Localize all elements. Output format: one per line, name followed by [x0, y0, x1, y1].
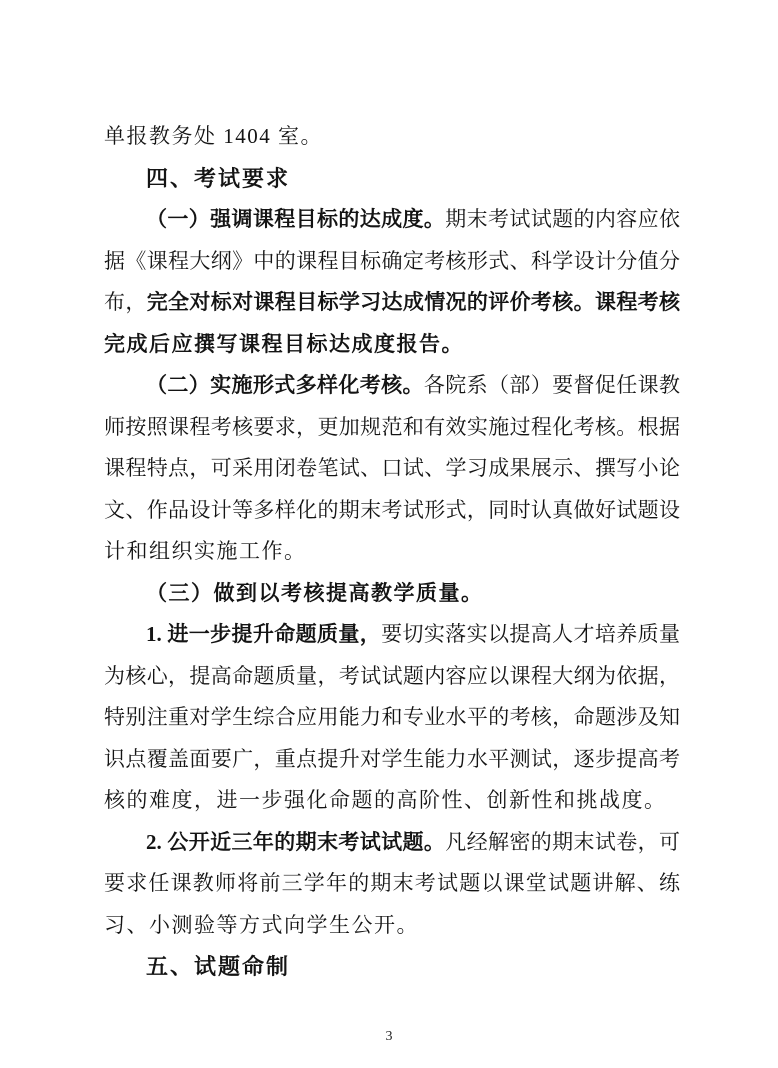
- page-number: 3: [0, 1027, 778, 1047]
- text-line-16: 识点覆盖面要广，重点提升对学生能力水平测试，逐步提高考: [104, 739, 680, 781]
- emphasis-text: 完全对标对课程目标学习达成情况的评价考核。课程考核: [147, 290, 680, 314]
- body-text: 各院系（部）要督促任课教: [424, 373, 680, 397]
- body-text: 凡经解密的期末试卷，可: [445, 830, 680, 854]
- text-line-3: （一）强调课程目标的达成度。期末考试试题的内容应依: [104, 199, 680, 241]
- text-line-12: （三）做到以考核提高教学质量。: [104, 573, 680, 615]
- section-heading-text: 五、试题命制: [146, 954, 290, 979]
- body-text: 师按照课程考核要求，更加规范和有效实施过程化考核。根据: [104, 415, 680, 439]
- text-line-19: 要求任课教师将前三学年的期末考试题以课堂试题讲解、练: [104, 863, 680, 905]
- emphasis-text: （三）做到以考核提高教学质量。: [146, 581, 484, 605]
- body-text: 计和组织实施工作。: [104, 539, 307, 563]
- text-line-20: 习、小测验等方式向学生公开。: [104, 905, 680, 947]
- text-line-17: 核的难度，进一步强化命题的高阶性、创新性和挑战度。: [104, 780, 680, 822]
- body-text: 期末考试试题的内容应依: [445, 207, 680, 231]
- body-text: 识点覆盖面要广，重点提升对学生能力水平测试，逐步提高考: [104, 747, 680, 771]
- section-heading-text: 四、考试要求: [146, 166, 290, 191]
- text-line-5: 布，完全对标对课程目标学习达成情况的评价考核。课程考核: [104, 282, 680, 324]
- body-text: 单报教务处 1404 室。: [104, 124, 323, 148]
- text-line-9: 课程特点，可采用闭卷笔试、口试、学习成果展示、撰写小论: [104, 448, 680, 490]
- text-line-6: 完成后应撰写课程目标达成度报告。: [104, 324, 680, 366]
- text-line-1: 单报教务处 1404 室。: [104, 116, 680, 158]
- body-text: 布，: [104, 290, 147, 314]
- body-text: 要求任课教师将前三学年的期末考试题以课堂试题讲解、练: [104, 871, 680, 895]
- document-body: 单报教务处 1404 室。四、考试要求（一）强调课程目标的达成度。期末考试试题的…: [104, 116, 680, 988]
- body-text: 特别注重对学生综合应用能力和专业水平的考核，命题涉及知: [104, 705, 680, 729]
- emphasis-text: （二）实施形式多样化考核。: [146, 373, 424, 397]
- body-text: 据《课程大纲》中的课程目标确定考核形式、科学设计分值分: [104, 249, 680, 273]
- emphasis-text: 1. 进一步提升命题质量，: [146, 622, 381, 646]
- emphasis-text: （一）强调课程目标的达成度。: [146, 207, 445, 231]
- body-text: 文、作品设计等多样化的期末考试形式，同时认真做好试题设: [104, 498, 680, 522]
- text-line-10: 文、作品设计等多样化的期末考试形式，同时认真做好试题设: [104, 490, 680, 532]
- text-line-15: 特别注重对学生综合应用能力和专业水平的考核，命题涉及知: [104, 697, 680, 739]
- text-line-4: 据《课程大纲》中的课程目标确定考核形式、科学设计分值分: [104, 241, 680, 283]
- body-text: 核的难度，进一步强化命题的高阶性、创新性和挑战度。: [104, 788, 667, 812]
- body-text: 习、小测验等方式向学生公开。: [104, 913, 419, 937]
- body-text: 为核心，提高命题质量，考试试题内容应以课程大纲为依据，: [104, 664, 680, 688]
- text-line-11: 计和组织实施工作。: [104, 531, 680, 573]
- text-line-21: 五、试题命制: [104, 946, 680, 988]
- text-line-2: 四、考试要求: [104, 158, 680, 200]
- body-text: 要切实落实以提高人才培养质量: [381, 622, 680, 646]
- text-line-14: 为核心，提高命题质量，考试试题内容应以课程大纲为依据，: [104, 656, 680, 698]
- body-text: 课程特点，可采用闭卷笔试、口试、学习成果展示、撰写小论: [104, 456, 680, 480]
- text-line-18: 2. 公开近三年的期末考试试题。凡经解密的期末试卷，可: [104, 822, 680, 864]
- emphasis-text: 2. 公开近三年的期末考试试题。: [146, 830, 445, 854]
- text-line-13: 1. 进一步提升命题质量，要切实落实以提高人才培养质量: [104, 614, 680, 656]
- text-line-7: （二）实施形式多样化考核。各院系（部）要督促任课教: [104, 365, 680, 407]
- text-line-8: 师按照课程考核要求，更加规范和有效实施过程化考核。根据: [104, 407, 680, 449]
- emphasis-text: 完成后应撰写课程目标达成度报告。: [104, 332, 464, 356]
- document-page: 单报教务处 1404 室。四、考试要求（一）强调课程目标的达成度。期末考试试题的…: [0, 0, 778, 1068]
